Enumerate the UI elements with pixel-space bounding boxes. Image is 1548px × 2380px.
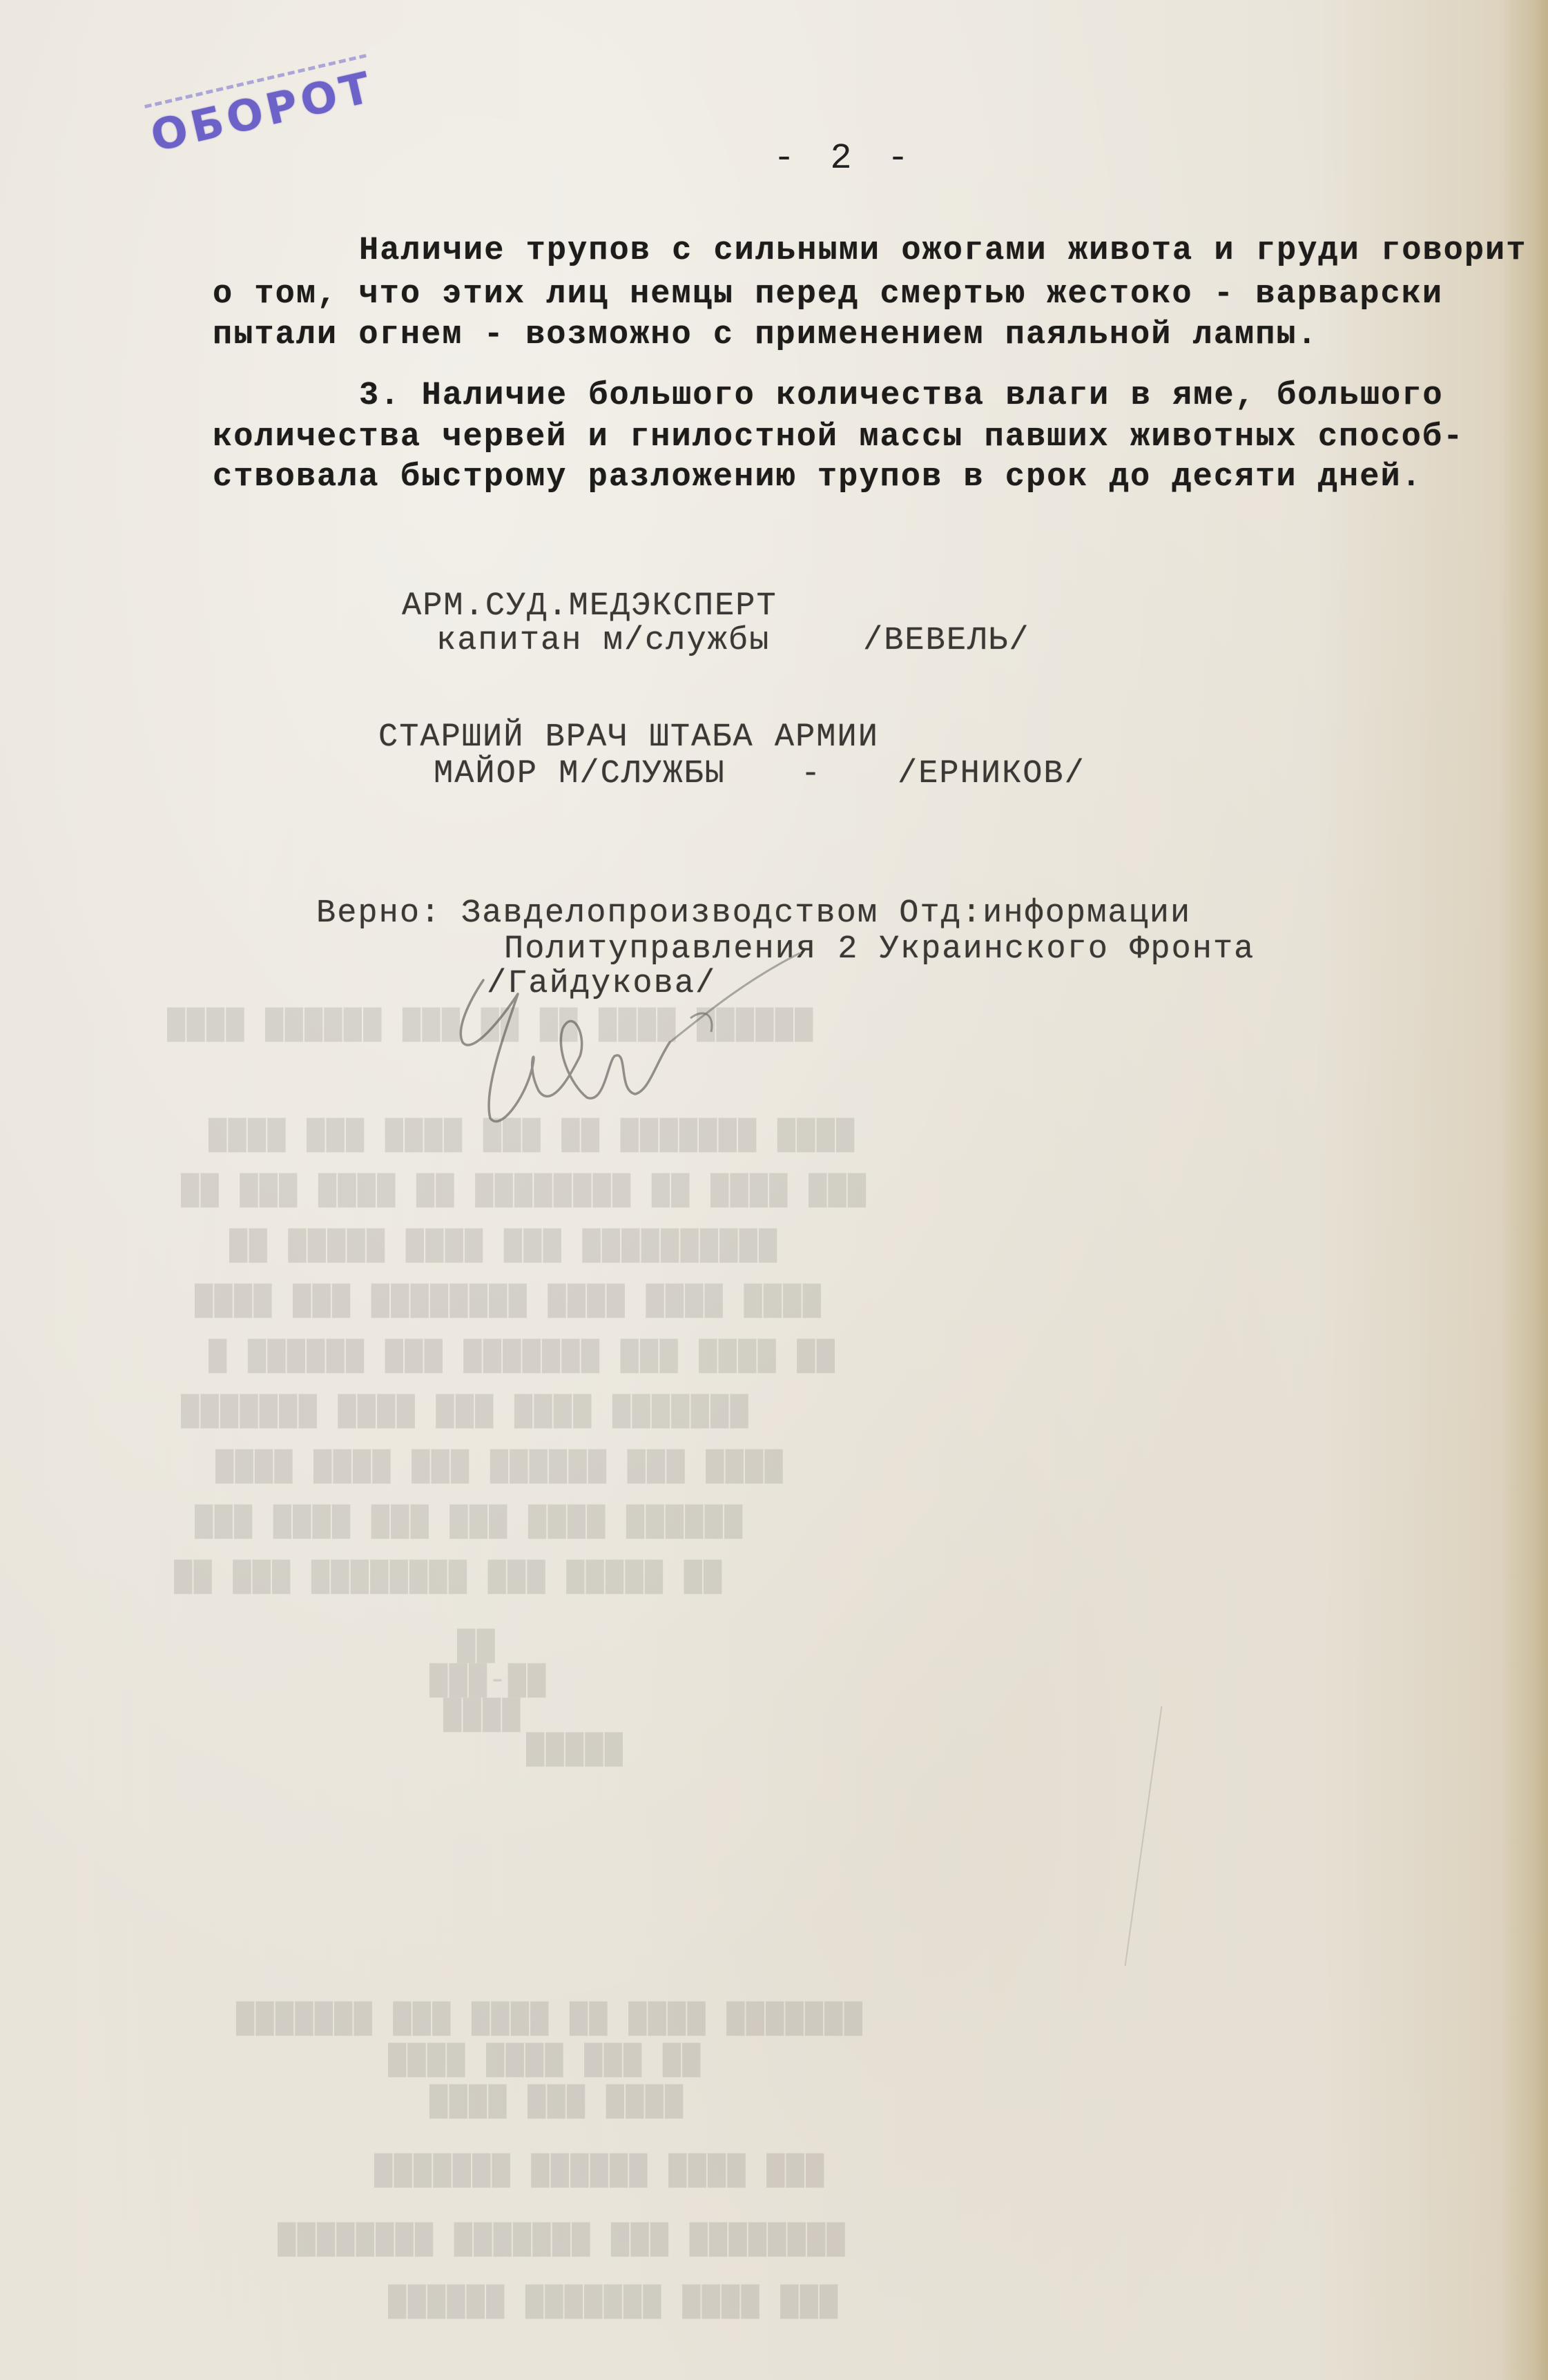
text-line: о том, что этих лиц немцы перед смертью … <box>213 278 1443 311</box>
signature-dash: - <box>801 758 822 790</box>
certification-line: Завделопроизводством Отд:информации <box>461 897 1191 930</box>
text-line: Наличие трупов с сильными ожогами живота… <box>359 235 1527 267</box>
paper-crease <box>1125 1706 1163 1967</box>
text-line: ствовала быстрому разложению трупов в ср… <box>213 461 1422 494</box>
text-line: пытали огнем - возможно с применением па… <box>213 319 1318 351</box>
signatory-rank: капитан м/службы <box>436 625 770 657</box>
text-line: 3. Наличие большого количества влаги в я… <box>359 380 1444 412</box>
reverse-side-stamp: ОБОРОТ <box>144 54 379 162</box>
document-page: ОБОРОТ - 2 - Наличие трупов с сильными о… <box>0 0 1548 2380</box>
page-edge-shadow <box>1500 0 1548 2380</box>
page-number: - 2 - <box>773 138 916 179</box>
signatory-name: /ЕРНИКОВ/ <box>898 758 1085 790</box>
signatory-name: /ВЕВЕЛЬ/ <box>863 625 1030 657</box>
signatory-rank: МАЙОР М/СЛУЖБЫ <box>434 758 726 790</box>
handwritten-signature <box>442 953 925 1132</box>
signatory-title: АРМ.СУД.МЕДЭКСПЕРТ <box>402 590 777 623</box>
certification-label: Верно: <box>316 897 441 930</box>
signatory-title: СТАРШИЙ ВРАЧ ШТАБА АРМИИ <box>378 721 879 754</box>
text-line: количества червей и гнилостной массы пав… <box>213 421 1464 453</box>
